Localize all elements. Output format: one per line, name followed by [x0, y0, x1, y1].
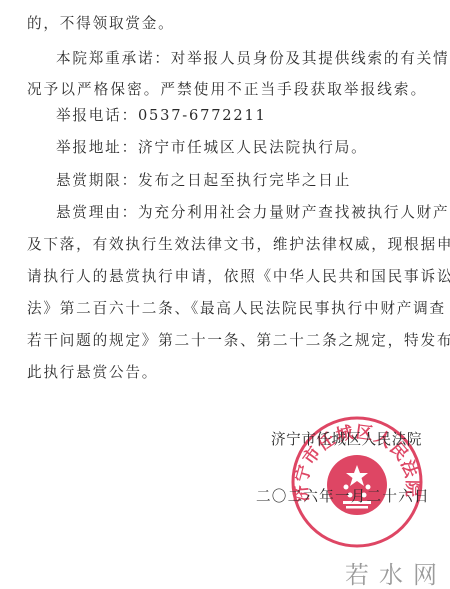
reason-line-4: 法》第二百六十二条、《最高人民法院民事执行中财产调查 — [27, 300, 427, 318]
text-line-1: 的，不得领取赏金。 — [27, 15, 427, 33]
reason-line-3: 请执行人的悬赏执行申请，依照《中华人民共和国民事诉讼 — [27, 268, 427, 286]
address-line: 举报地址：济宁市任城区人民法院执行局。 — [56, 139, 427, 157]
reason-line-5: 若干问题的规定》第二十一条、第二十二条之规定，特发布 — [27, 332, 427, 350]
hotline-line: 举报电话：0537-6772211 — [56, 107, 427, 125]
national-emblem-icon — [327, 455, 387, 515]
court-name-signature: 济宁市任城区人民法院 — [271, 431, 422, 449]
watermark-logo: 若水网 — [345, 555, 447, 589]
reason-line-6: 此执行悬赏公告。 — [27, 364, 427, 382]
reason-line-2: 及下落，有效执行生效法律文书，维护法律权威，现根据申 — [27, 236, 427, 254]
period-line: 悬赏期限：发布之日起至执行完毕之日止 — [56, 172, 427, 190]
signature-date: 二〇二六年一月二十六日 — [256, 488, 430, 506]
reason-line-1: 悬赏理由：为充分利用社会力量财产查找被执行人财产 — [56, 204, 427, 222]
text-line-3: 况予以严格保密。严禁使用不正当手段获取举报线索。 — [27, 81, 427, 99]
text-line-2: 本院郑重承诺：对举报人员身份及其提供线索的有关情 — [56, 50, 427, 68]
